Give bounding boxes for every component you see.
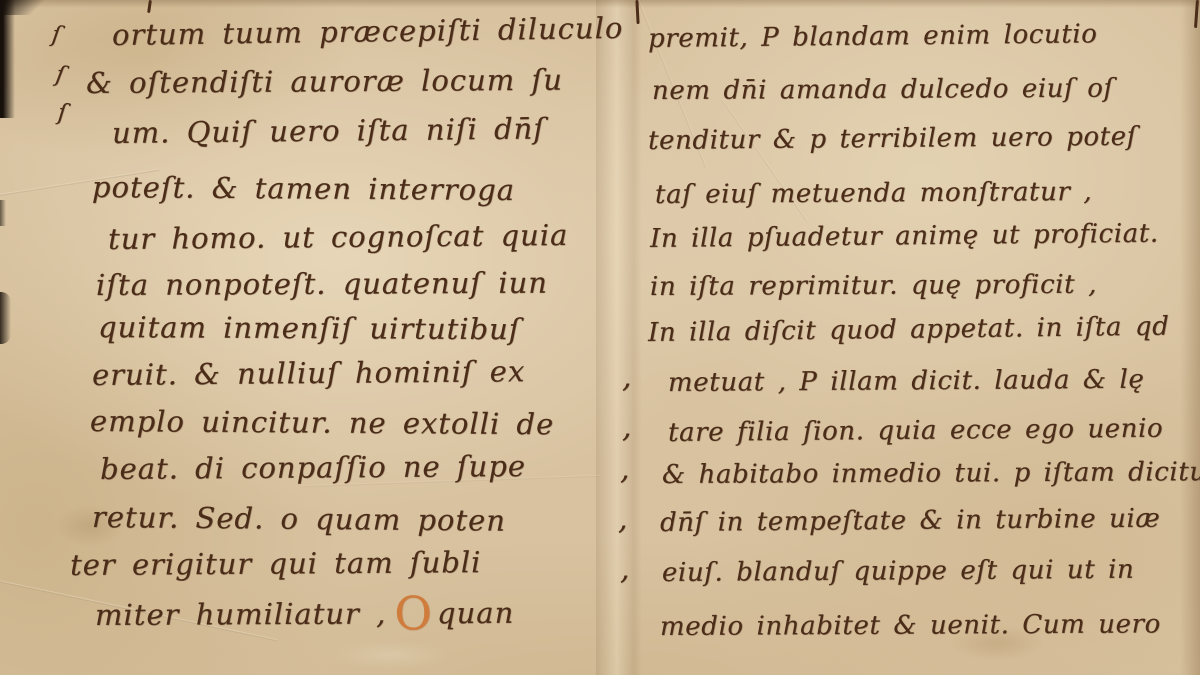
text-line: eruit. & nulliuſ hominiſ ex [92, 354, 526, 392]
text-line: & oſtendiſti auroræ locum ſu [86, 63, 563, 100]
text-line: um. Quiſ uero iſta niſi dn̄ſ [112, 111, 545, 150]
text-line: miter humiliatur ,Oquan [95, 596, 514, 632]
text-line: nem dn̄i amanda dulcedo eiuſ oſ [652, 74, 1114, 106]
cutoff-stroke [147, 0, 152, 13]
page-corner-dark-edge [0, 0, 46, 15]
gutter-comma-mark: , [620, 552, 630, 587]
text-line: tur homo. ut cognoſcat quia [108, 218, 569, 256]
gutter-comma-mark: , [620, 452, 630, 487]
text-line-fragment: quan [437, 596, 514, 630]
text-line: emplo uincitur. ne extolli de [90, 404, 554, 441]
page-top-shadow [0, 0, 1200, 8]
text-line: ter erigitur qui tam ſubli [70, 545, 482, 582]
text-line: ortum tuum præcepiſti diluculo [112, 11, 624, 52]
margin-quote-mark: ſ [54, 61, 67, 88]
text-line: tenditur & p terribilem uero poteſ [648, 122, 1137, 156]
text-line: medio inhabitet & uenit. Cum uero [660, 609, 1161, 642]
page-right-shadow [1180, 0, 1200, 675]
page-left-dark-edge [0, 292, 11, 344]
illuminated-initial-o: O [386, 586, 437, 640]
page-left-dark-edge [0, 200, 6, 226]
text-line: taſ eiuſ metuenda monſtratur , [655, 177, 1092, 210]
text-line: In illa pſuadetur animę ut proficiat. [650, 219, 1159, 254]
text-line: eiuſ. blanduſ quippe eſt qui ut in [662, 555, 1135, 588]
text-line: dn̄ſ in tempeſtate & in turbine uiæ [660, 504, 1161, 538]
text-line: iſta nonpoteſt. quatenuſ iun [96, 266, 548, 302]
gutter-comma-mark: , [618, 502, 628, 537]
text-line: premit, P blandam enim locutio [648, 19, 1098, 54]
text-line: poteſt. & tamen interroga [92, 170, 515, 207]
light-patch [330, 640, 450, 670]
text-line: metuat , P illam dicit. lauda & lę [668, 365, 1145, 398]
text-line: in iſta reprimitur. quę proficit , [650, 270, 1097, 302]
page-left-dark-edge [0, 0, 15, 118]
manuscript-page-photo: ſ ſ ſ ortum tuum præcepiſti diluculo & o… [0, 0, 1200, 675]
text-line: In illa diſcit quod appetat. in iſta qd [648, 312, 1170, 348]
margin-quote-mark: ſ [57, 100, 68, 127]
text-line: retur. Sed. o quam poten [92, 500, 506, 538]
margin-quote-mark: ſ [50, 22, 62, 49]
text-line: beat. di conpaſſio ne ſupe [100, 449, 526, 486]
gutter-fold [596, 0, 642, 675]
gutter-comma-mark: , [622, 410, 632, 445]
cutoff-stroke [635, 0, 639, 24]
text-line: & habitabo inmedio tui. p iſtam dicitur [662, 457, 1200, 490]
text-line: quitam inmenſiſ uirtutibuſ [98, 310, 521, 346]
text-line-fragment: miter humiliatur , [95, 596, 386, 632]
cutoff-stroke [1194, 0, 1199, 28]
text-line: tare filia ſion. quia ecce ego uenio [668, 414, 1164, 448]
gutter-comma-mark: , [622, 360, 632, 395]
